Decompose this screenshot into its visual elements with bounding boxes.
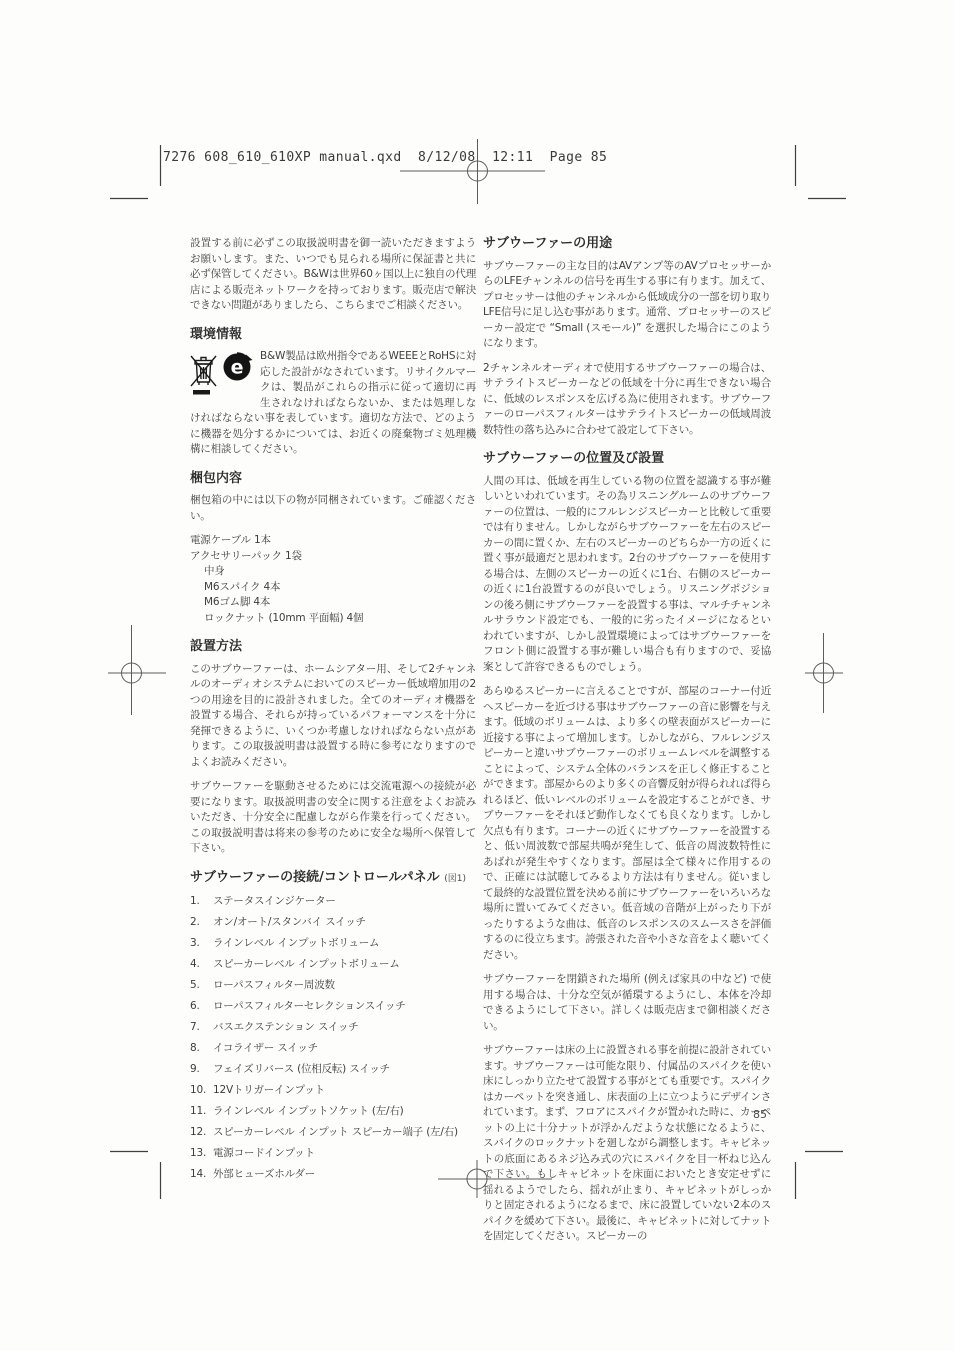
control-panel-item: 1. ステータスインジケーター [190,894,476,910]
print-registration-marks [0,0,954,1351]
control-panel-item: 6. ローパスフィルターセレクションスイッチ [190,999,476,1015]
right-column: サブウーファーの用途 サブウーファーの主な目的はAVアンプ等のAVプロセッサーか… [483,236,771,1254]
control-panel-item: 8. イコライザー スイッチ [190,1041,476,1057]
item-label: フェイズリバース (位相反転) スイッチ [213,1062,390,1078]
packing-item: アクセサリーパック 1袋 [190,549,476,565]
control-panel-item: 11. ラインレベル インプットソケット (左/右) [190,1104,476,1120]
placement-paragraph-2: あらゆるスピーカーに言えることですが、部屋のコーナー付近へスピーカーを近づける事… [483,684,771,963]
control-panel-list: 1. ステータスインジケーター 2. オン/オート/スタンバイ スイッチ 3. … [190,894,476,1183]
item-label: スピーカーレベル インプットボリューム [213,957,400,973]
page-number: 85 [483,1108,767,1121]
control-panel-item: 7. バスエクステンション スイッチ [190,1020,476,1036]
item-label: イコライザー スイッチ [213,1041,318,1057]
setup-paragraph-2: サブウーファーを駆動させるためには交流電源への接続が必要になります。取扱説明書の… [190,779,476,857]
packing-intro: 梱包箱の中には以下の物が同梱されています。ご確認ください。 [190,493,476,524]
item-label: ラインレベル インプットボリューム [213,936,379,952]
item-label: 12Vトリガーインプット [213,1083,325,1099]
placement-paragraph-3: サブウーファーを閉鎖された場所 (例えば家具の中など) で使用する場合は、十分な… [483,972,771,1034]
intro-paragraph: 設置する前に必ずこの取扱説明書を御一読いただきますようお願いします。また、いつで… [190,236,476,314]
item-number: 13. [190,1146,213,1162]
item-number: 14. [190,1167,213,1183]
item-number: 5. [190,978,213,994]
section-title-usage: サブウーファーの用途 [483,236,771,252]
usage-paragraph-1: サブウーファーの主な目的はAVアンプ等のAVプロセッサーからのLFEチャンネルの… [483,259,771,352]
control-panel-item: 9. フェイズリバース (位相反転) スイッチ [190,1062,476,1078]
environment-icons: e [190,351,254,399]
control-panel-item: 3. ラインレベル インプットボリューム [190,936,476,952]
print-slug-line: 7276 608_610_610XP manual.qxd 8/12/08 12… [163,150,607,165]
packing-item: M6ゴム脚 4本 [190,595,476,611]
item-label: ステータスインジケーター [213,894,336,910]
section-title-environment: 環境情報 [190,327,476,343]
item-label: ローパスフィルターセレクションスイッチ [213,999,406,1015]
control-panel-item: 13. 電源コードインプット [190,1146,476,1162]
item-number: 9. [190,1062,213,1078]
control-panel-item: 4. スピーカーレベル インプットボリューム [190,957,476,973]
control-panel-item: 2. オン/オート/スタンバイ スイッチ [190,915,476,931]
packing-item: M6スパイク 4本 [190,580,476,596]
figure-reference: (図1) [444,874,466,884]
usage-paragraph-2: 2チャンネルオーディオで使用するサブウーファーの場合は、サテライトスピーカーなど… [483,361,771,439]
item-number: 2. [190,915,213,931]
item-label: バスエクステンション スイッチ [213,1020,359,1036]
packing-item: ロックナット (10mm 平面幅) 4個 [190,611,476,627]
item-label: 電源コードインプット [213,1146,315,1162]
setup-paragraph-1: このサブウーファーは、ホームシアター用、そして2チャンネルのオーディオシステムに… [190,662,476,771]
item-number: 11. [190,1104,213,1120]
packing-item: 電源ケーブル 1本 [190,533,476,549]
item-number: 1. [190,894,213,910]
item-number: 3. [190,936,213,952]
section-title-setup: 設置方法 [190,639,476,655]
section-title-packing: 梱包内容 [190,471,476,487]
registration-mark-right [805,633,843,713]
section-title-placement: サブウーファーの位置及び設置 [483,451,771,467]
item-number: 12. [190,1125,213,1141]
registration-mark-left [108,625,166,715]
placement-paragraph-1: 人間の耳は、低域を再生している物の位置を認識する事が難しいといわれています。その… [483,474,771,676]
item-label: ラインレベル インプットソケット (左/右) [213,1104,404,1120]
section-title-connections: サブウーファーの接続/コントロールパネル (図1) [190,870,476,888]
registration-mark-top [400,139,545,204]
item-label: オン/オート/スタンバイ スイッチ [213,915,366,931]
item-label: ローパスフィルター周波数 [213,978,335,994]
placement-paragraph-4: サブウーファーは床の上に設置される事を前提に設計されています。サブウーファーは可… [483,1043,771,1245]
control-panel-item: 10. 12Vトリガーインプット [190,1083,476,1099]
control-panel-item: 12. スピーカーレベル インプット スピーカー端子 (左/右) [190,1125,476,1141]
item-number: 4. [190,957,213,973]
environment-block: e B&W製品は欧州指令であるWEEEとRoHSに対応した設計がなされています。… [190,349,476,458]
item-number: 10. [190,1083,213,1099]
manual-page: 7276 608_610_610XP manual.qxd 8/12/08 12… [0,0,954,1351]
control-panel-item: 14. 外部ヒューズホルダー [190,1167,476,1183]
packing-item: 中身 [190,564,476,580]
left-column: 設置する前に必ずこの取扱説明書を御一読いただきますようお願いします。また、いつで… [190,236,476,1188]
item-label: スピーカーレベル インプット スピーカー端子 (左/右) [213,1125,458,1141]
e-recycle-mark-icon: e [222,351,253,383]
item-number: 6. [190,999,213,1015]
packing-list: 電源ケーブル 1本 アクセサリーパック 1袋 中身 M6スパイク 4本 M6ゴム… [190,533,476,626]
item-label: 外部ヒューズホルダー [213,1167,315,1183]
connections-title-text: サブウーファーの接続/コントロールパネル [190,870,440,885]
svg-text:e: e [231,357,244,379]
item-number: 8. [190,1041,213,1057]
item-number: 7. [190,1020,213,1036]
weee-crossed-out-bin-icon [190,351,217,397]
control-panel-item: 5. ローパスフィルター周波数 [190,978,476,994]
